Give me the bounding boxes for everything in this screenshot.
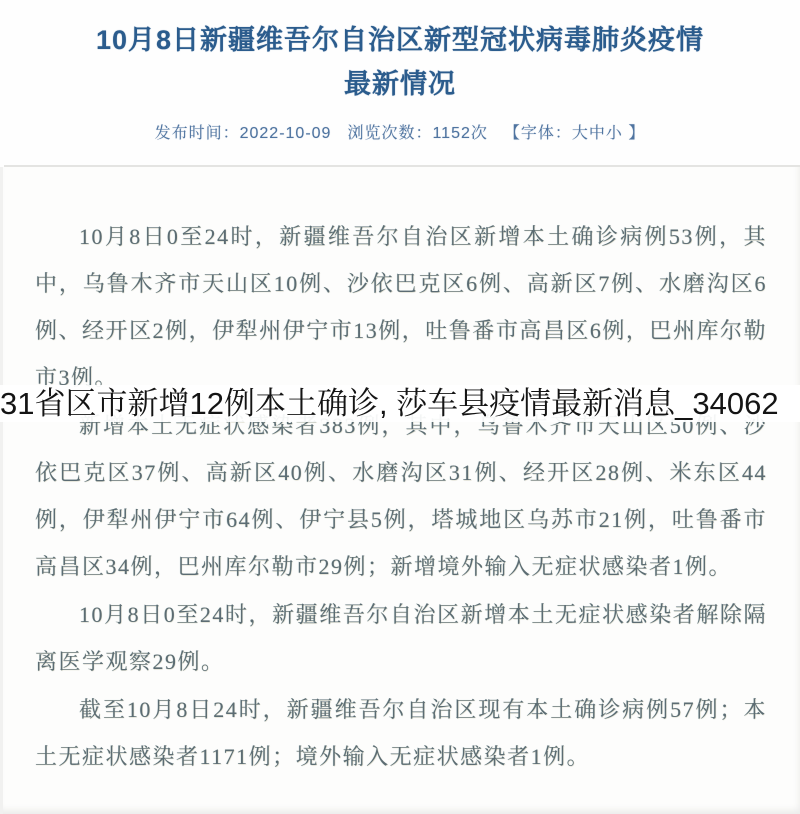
page-title-line-2: 最新情况 xyxy=(80,62,720,106)
font-size-large-button[interactable]: 大 xyxy=(572,125,589,142)
publish-time-value: 2022-10-09 xyxy=(240,125,332,142)
view-count-label: 浏览次数： xyxy=(347,125,432,142)
font-size-bracket-close: 】 xyxy=(628,125,645,142)
page-title: 10月8日新疆维吾尔自治区新型冠状病毒肺炎疫情 最新情况 xyxy=(80,18,720,106)
font-size-medium-button[interactable]: 中 xyxy=(589,125,606,142)
font-size-control: 【字体：大中小 】 xyxy=(504,125,646,142)
view-count-value: 1152次 xyxy=(432,125,487,142)
overlay-headline: 31省区市新增12例本土确诊, 莎车县疫情最新消息_34062 xyxy=(0,385,800,422)
article-paragraph: 10月8日0至24时，新疆维吾尔自治区新增本土无症状感染者解除隔离医学观察29例… xyxy=(35,591,767,685)
font-size-small-button[interactable]: 小 xyxy=(606,125,623,142)
article-paragraph: 10月8日0至24时，新疆维吾尔自治区新增本土确诊病例53例，其中，乌鲁木齐市天… xyxy=(35,213,767,401)
article-header: 10月8日新疆维吾尔自治区新型冠状病毒肺炎疫情 最新情况 发布时间：2022-1… xyxy=(0,0,800,167)
page-title-line-1: 10月8日新疆维吾尔自治区新型冠状病毒肺炎疫情 xyxy=(80,18,720,62)
publish-time-label: 发布时间： xyxy=(155,125,240,142)
article-meta: 发布时间：2022-10-09浏览次数：1152次【字体：大中小 】 xyxy=(0,120,800,143)
article-body: 10月8日0至24时，新疆维吾尔自治区新增本土确诊病例53例，其中，乌鲁木齐市天… xyxy=(0,167,800,780)
article-paragraph: 截至10月8日24时，新疆维吾尔自治区现有本土确诊病例57例；本土无症状感染者1… xyxy=(35,686,767,780)
article-paragraph: 新增本土无症状感染者383例，其中，乌鲁木齐市天山区50例、沙依巴克区37例、高… xyxy=(35,402,767,590)
font-size-bracket-open: 【字体： xyxy=(504,125,572,142)
article-page: 10月8日新疆维吾尔自治区新型冠状病毒肺炎疫情 最新情况 发布时间：2022-1… xyxy=(0,0,800,814)
